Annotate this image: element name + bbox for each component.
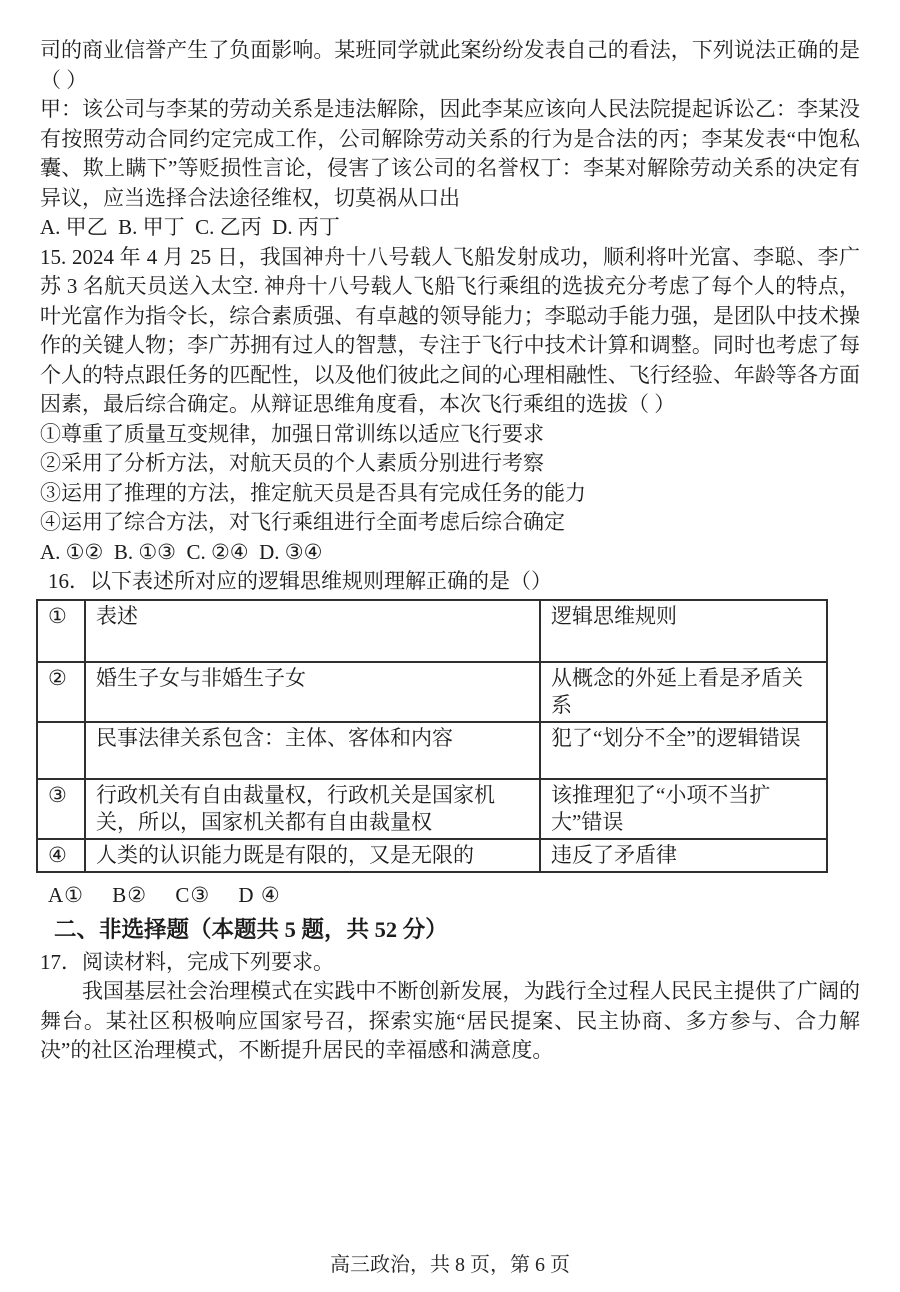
table-row: ② 婚生子女与非婚生子女 从概念的外延上看是矛盾关系 bbox=[37, 662, 827, 722]
exam-page: 司的商业信誉产生了负面影响。某班同学就此案纷纷发表自己的看法，下列说法正确的是（… bbox=[0, 0, 900, 1292]
cell-number: ④ bbox=[37, 839, 85, 872]
cell-statement: 婚生子女与非婚生子女 bbox=[85, 662, 540, 722]
q16-logic-table: ① 表述 逻辑思维规则 ② 婚生子女与非婚生子女 从概念的外延上看是矛盾关系 民… bbox=[36, 599, 828, 873]
cell-number: ② bbox=[37, 662, 85, 722]
table-row: ① 表述 逻辑思维规则 bbox=[37, 600, 827, 662]
q15-item-2: ②采用了分析方法，对航天员的个人素质分别进行考察 bbox=[40, 449, 860, 479]
cell-statement: 行政机关有自由裁量权，行政机关是国家机关，所以，国家机关都有自由裁量权 bbox=[85, 779, 540, 839]
cell-statement: 民事法律关系包含：主体、客体和内容 bbox=[85, 722, 540, 779]
q16-stem: 16．以下表述所对应的逻辑思维规则理解正确的是（） bbox=[40, 567, 860, 597]
table-row: 民事法律关系包含：主体、客体和内容 犯了“划分不全”的逻辑错误 bbox=[37, 722, 827, 779]
cell-rule: 违反了矛盾律 bbox=[540, 839, 827, 872]
page-footer: 高三政治，共 8 页，第 6 页 bbox=[0, 1248, 900, 1277]
cell-rule: 从概念的外延上看是矛盾关系 bbox=[540, 662, 827, 722]
cell-number bbox=[37, 722, 85, 779]
cell-statement-header: 表述 bbox=[85, 600, 540, 662]
cell-rule: 该推理犯了“小项不当扩大”错误 bbox=[540, 779, 827, 839]
q14-options: A. 甲乙 B. 甲丁 C. 乙丙 D. 丙丁 bbox=[40, 213, 860, 243]
page-content: 司的商业信誉产生了负面影响。某班同学就此案纷纷发表自己的看法，下列说法正确的是（… bbox=[0, 0, 900, 1066]
cell-number: ① bbox=[37, 600, 85, 662]
section-2-heading: 二、非选择题（本题共 5 题，共 52 分） bbox=[54, 915, 860, 945]
q14-views: 甲：该公司与李某的劳动关系是违法解除，因此李某应该向人民法院提起诉讼乙：李某没有… bbox=[40, 95, 860, 213]
q15-options: A. ①② B. ①③ C. ②④ D. ③④ bbox=[40, 538, 860, 568]
q15-item-1: ①尊重了质量互变规律，加强日常训练以适应飞行要求 bbox=[40, 420, 860, 450]
q15-stem: 15. 2024 年 4 月 25 日，我国神舟十八号载人飞船发射成功，顺利将叶… bbox=[40, 243, 860, 420]
cell-number: ③ bbox=[37, 779, 85, 839]
q17-material: 我国基层社会治理模式在实践中不断创新发展，为践行全过程人民民主提供了广阔的舞台。… bbox=[40, 977, 860, 1066]
table-row: ③ 行政机关有自由裁量权，行政机关是国家机关，所以，国家机关都有自由裁量权 该推… bbox=[37, 779, 827, 839]
q17-lead: 17．阅读材料，完成下列要求。 bbox=[40, 948, 860, 978]
cell-rule-header: 逻辑思维规则 bbox=[540, 600, 827, 662]
cell-rule: 犯了“划分不全”的逻辑错误 bbox=[540, 722, 827, 779]
table-row: ④ 人类的认识能力既是有限的，又是无限的 违反了矛盾律 bbox=[37, 839, 827, 872]
q15-item-3: ③运用了推理的方法，推定航天员是否具有完成任务的能力 bbox=[40, 479, 860, 509]
q15-item-4: ④运用了综合方法，对飞行乘组进行全面考虑后综合确定 bbox=[40, 508, 860, 538]
cell-statement: 人类的认识能力既是有限的，又是无限的 bbox=[85, 839, 540, 872]
q14-stem: 司的商业信誉产生了负面影响。某班同学就此案纷纷发表自己的看法，下列说法正确的是（… bbox=[40, 36, 860, 95]
q16-options: A① B② C③ D ④ bbox=[40, 881, 860, 911]
